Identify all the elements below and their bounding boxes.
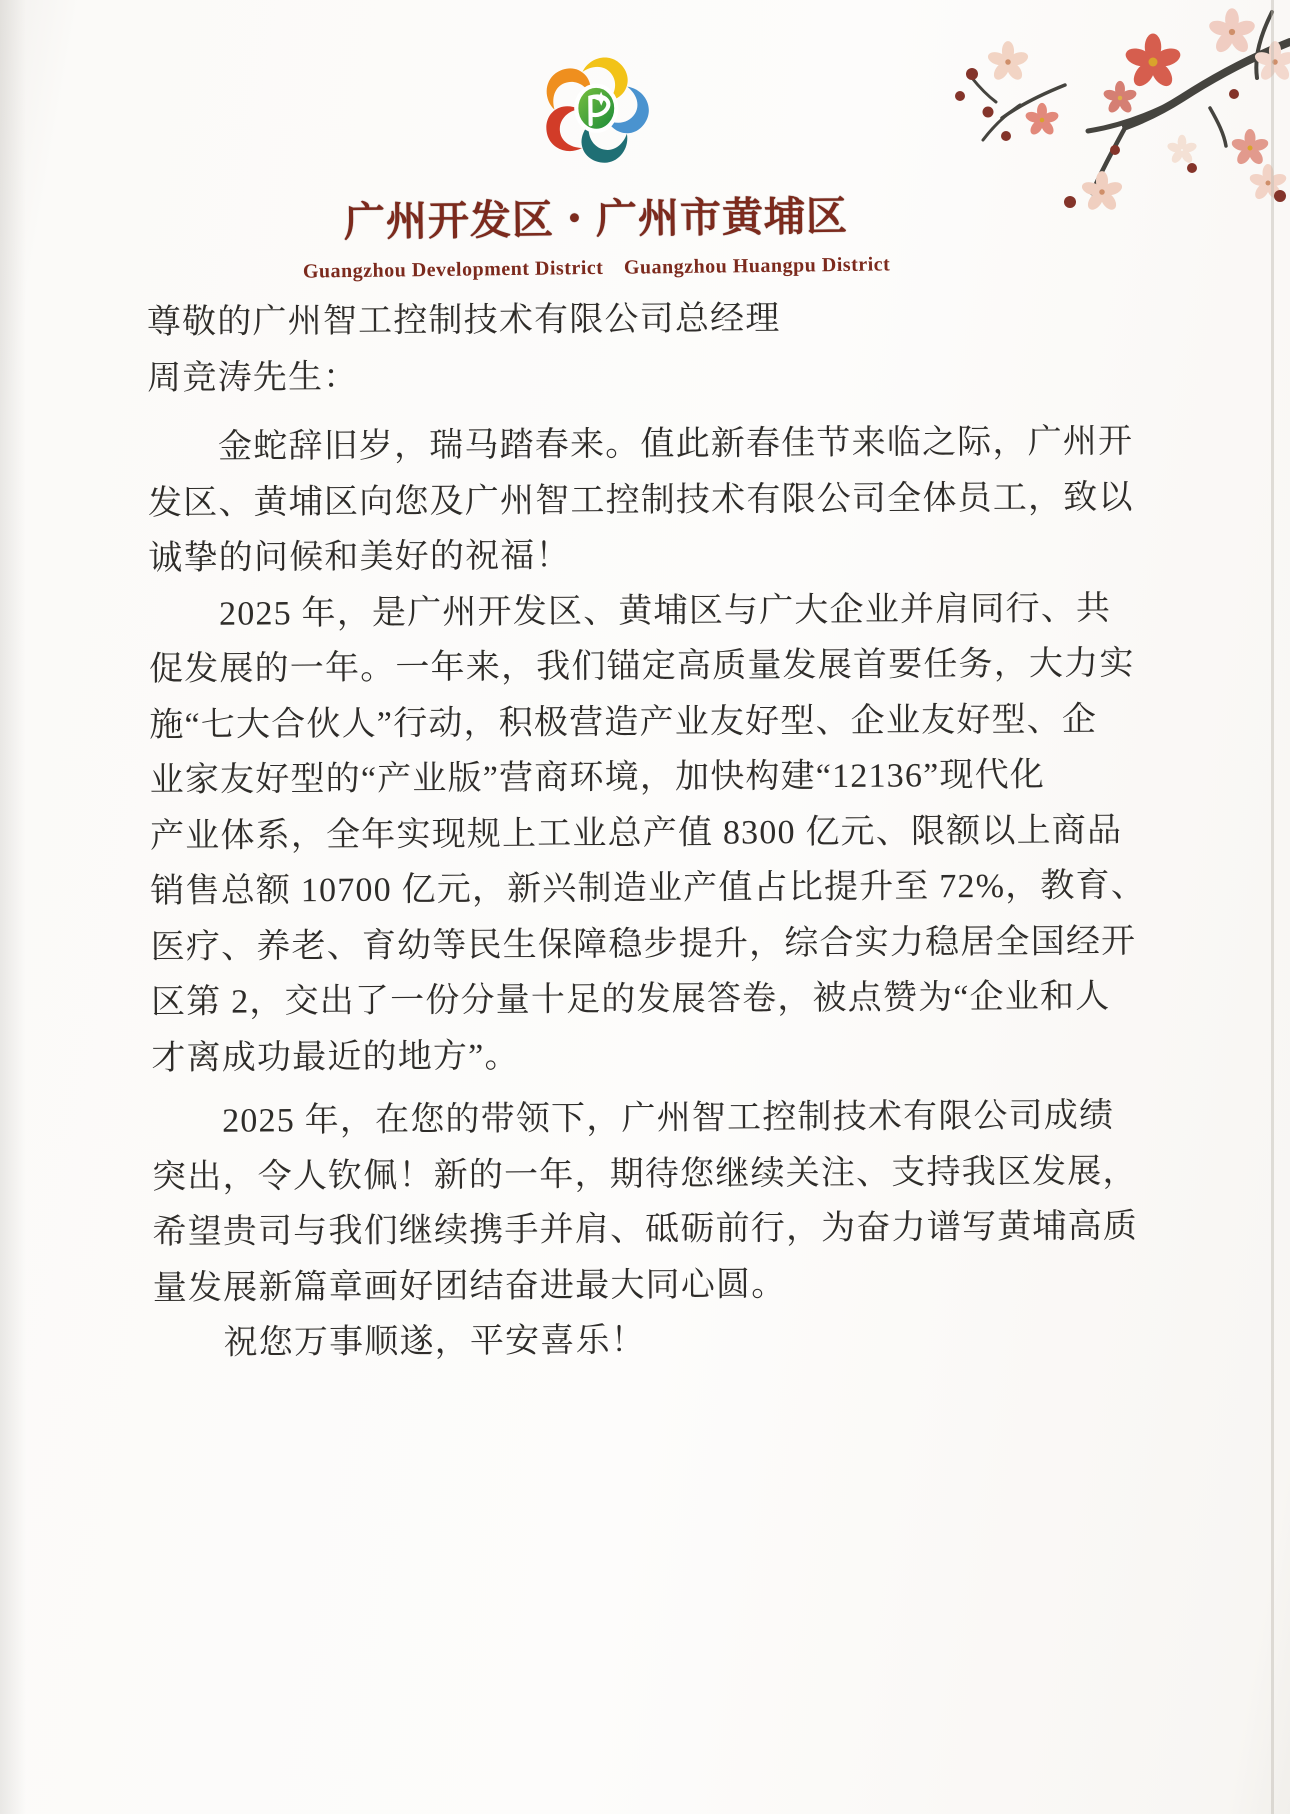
letter-line: 产业体系，全年实现规上工业总产值 8300 亿元、限额以上商品 <box>150 802 1175 864</box>
scanned-letter-page: 广州开发区・广州市黄埔区 Guangzhou Development Distr… <box>0 0 1290 1814</box>
letterhead-subtitle-en: Guangzhou Development District Guangzhou… <box>1 244 1191 288</box>
letter-line: 金蛇辞旧岁，瑞马踏春来。值此新春佳节来临之际，广州开 <box>147 414 1172 476</box>
letterhead-title: 广州开发区・广州市黄埔区 <box>1 179 1192 253</box>
letter-line: 医疗、养老、育幼等民生保障稳步提升，综合实力稳居全国经开 <box>151 913 1176 975</box>
letter-line: 祝您万事顺遂，平安喜乐！ <box>153 1310 1178 1372</box>
letter-line: 希望贵司与我们继续携手并肩、砥砺前行，为奋力谱写黄埔高质 <box>152 1199 1177 1261</box>
letter-line: 销售总额 10700 亿元，新兴制造业产值占比提升至 72%，教育、 <box>150 858 1175 920</box>
scan-right-edge-line <box>1271 0 1274 1814</box>
logo-center-leaf <box>576 86 617 131</box>
district-logo-icon <box>523 49 666 171</box>
letter-line: 促发展的一年。一年来，我们锚定高质量发展首要任务，大力实 <box>149 636 1174 698</box>
letter-line: 业家友好型的“产业版”营商环境，加快构建“12136”现代化 <box>150 747 1175 809</box>
letter-line: 2025 年，是广州开发区、黄埔区与广大企业并肩同行、共 <box>149 580 1174 642</box>
letter-line: 诚挚的问候和美好的祝福！ <box>148 525 1173 587</box>
scan-left-shadow <box>0 0 26 1814</box>
letter-line: 尊敬的广州智工控制技术有限公司总经理 <box>147 289 1172 351</box>
letter-body: 尊敬的广州智工控制技术有限公司总经理 周竞涛先生： 金蛇辞旧岁，瑞马踏春来。值此… <box>147 289 1179 1372</box>
letter-line: 量发展新篇章画好团结奋进最大同心圆。 <box>153 1254 1178 1316</box>
letterhead: 广州开发区・广州市黄埔区 Guangzhou Development Distr… <box>0 0 1192 287</box>
letter-line: 发区、黄埔区向您及广州智工控制技术有限公司全体员工，致以 <box>148 469 1173 531</box>
letter-line: 2025 年，在您的带领下，广州智工控制技术有限公司成绩 <box>152 1088 1177 1150</box>
letter-line: 才离成功最近的地方”。 <box>151 1024 1176 1086</box>
letter-line: 施“七大合伙人”行动，积极营造产业友好型、企业友好型、企 <box>149 691 1174 753</box>
letter-line: 周竞涛先生： <box>147 344 1172 406</box>
letter-line: 区第 2，交出了一份分量十足的发展答卷，被点赞为“企业和人 <box>151 969 1176 1031</box>
letter-line: 突出，令人钦佩！新的一年，期待您继续关注、支持我区发展， <box>152 1143 1177 1205</box>
